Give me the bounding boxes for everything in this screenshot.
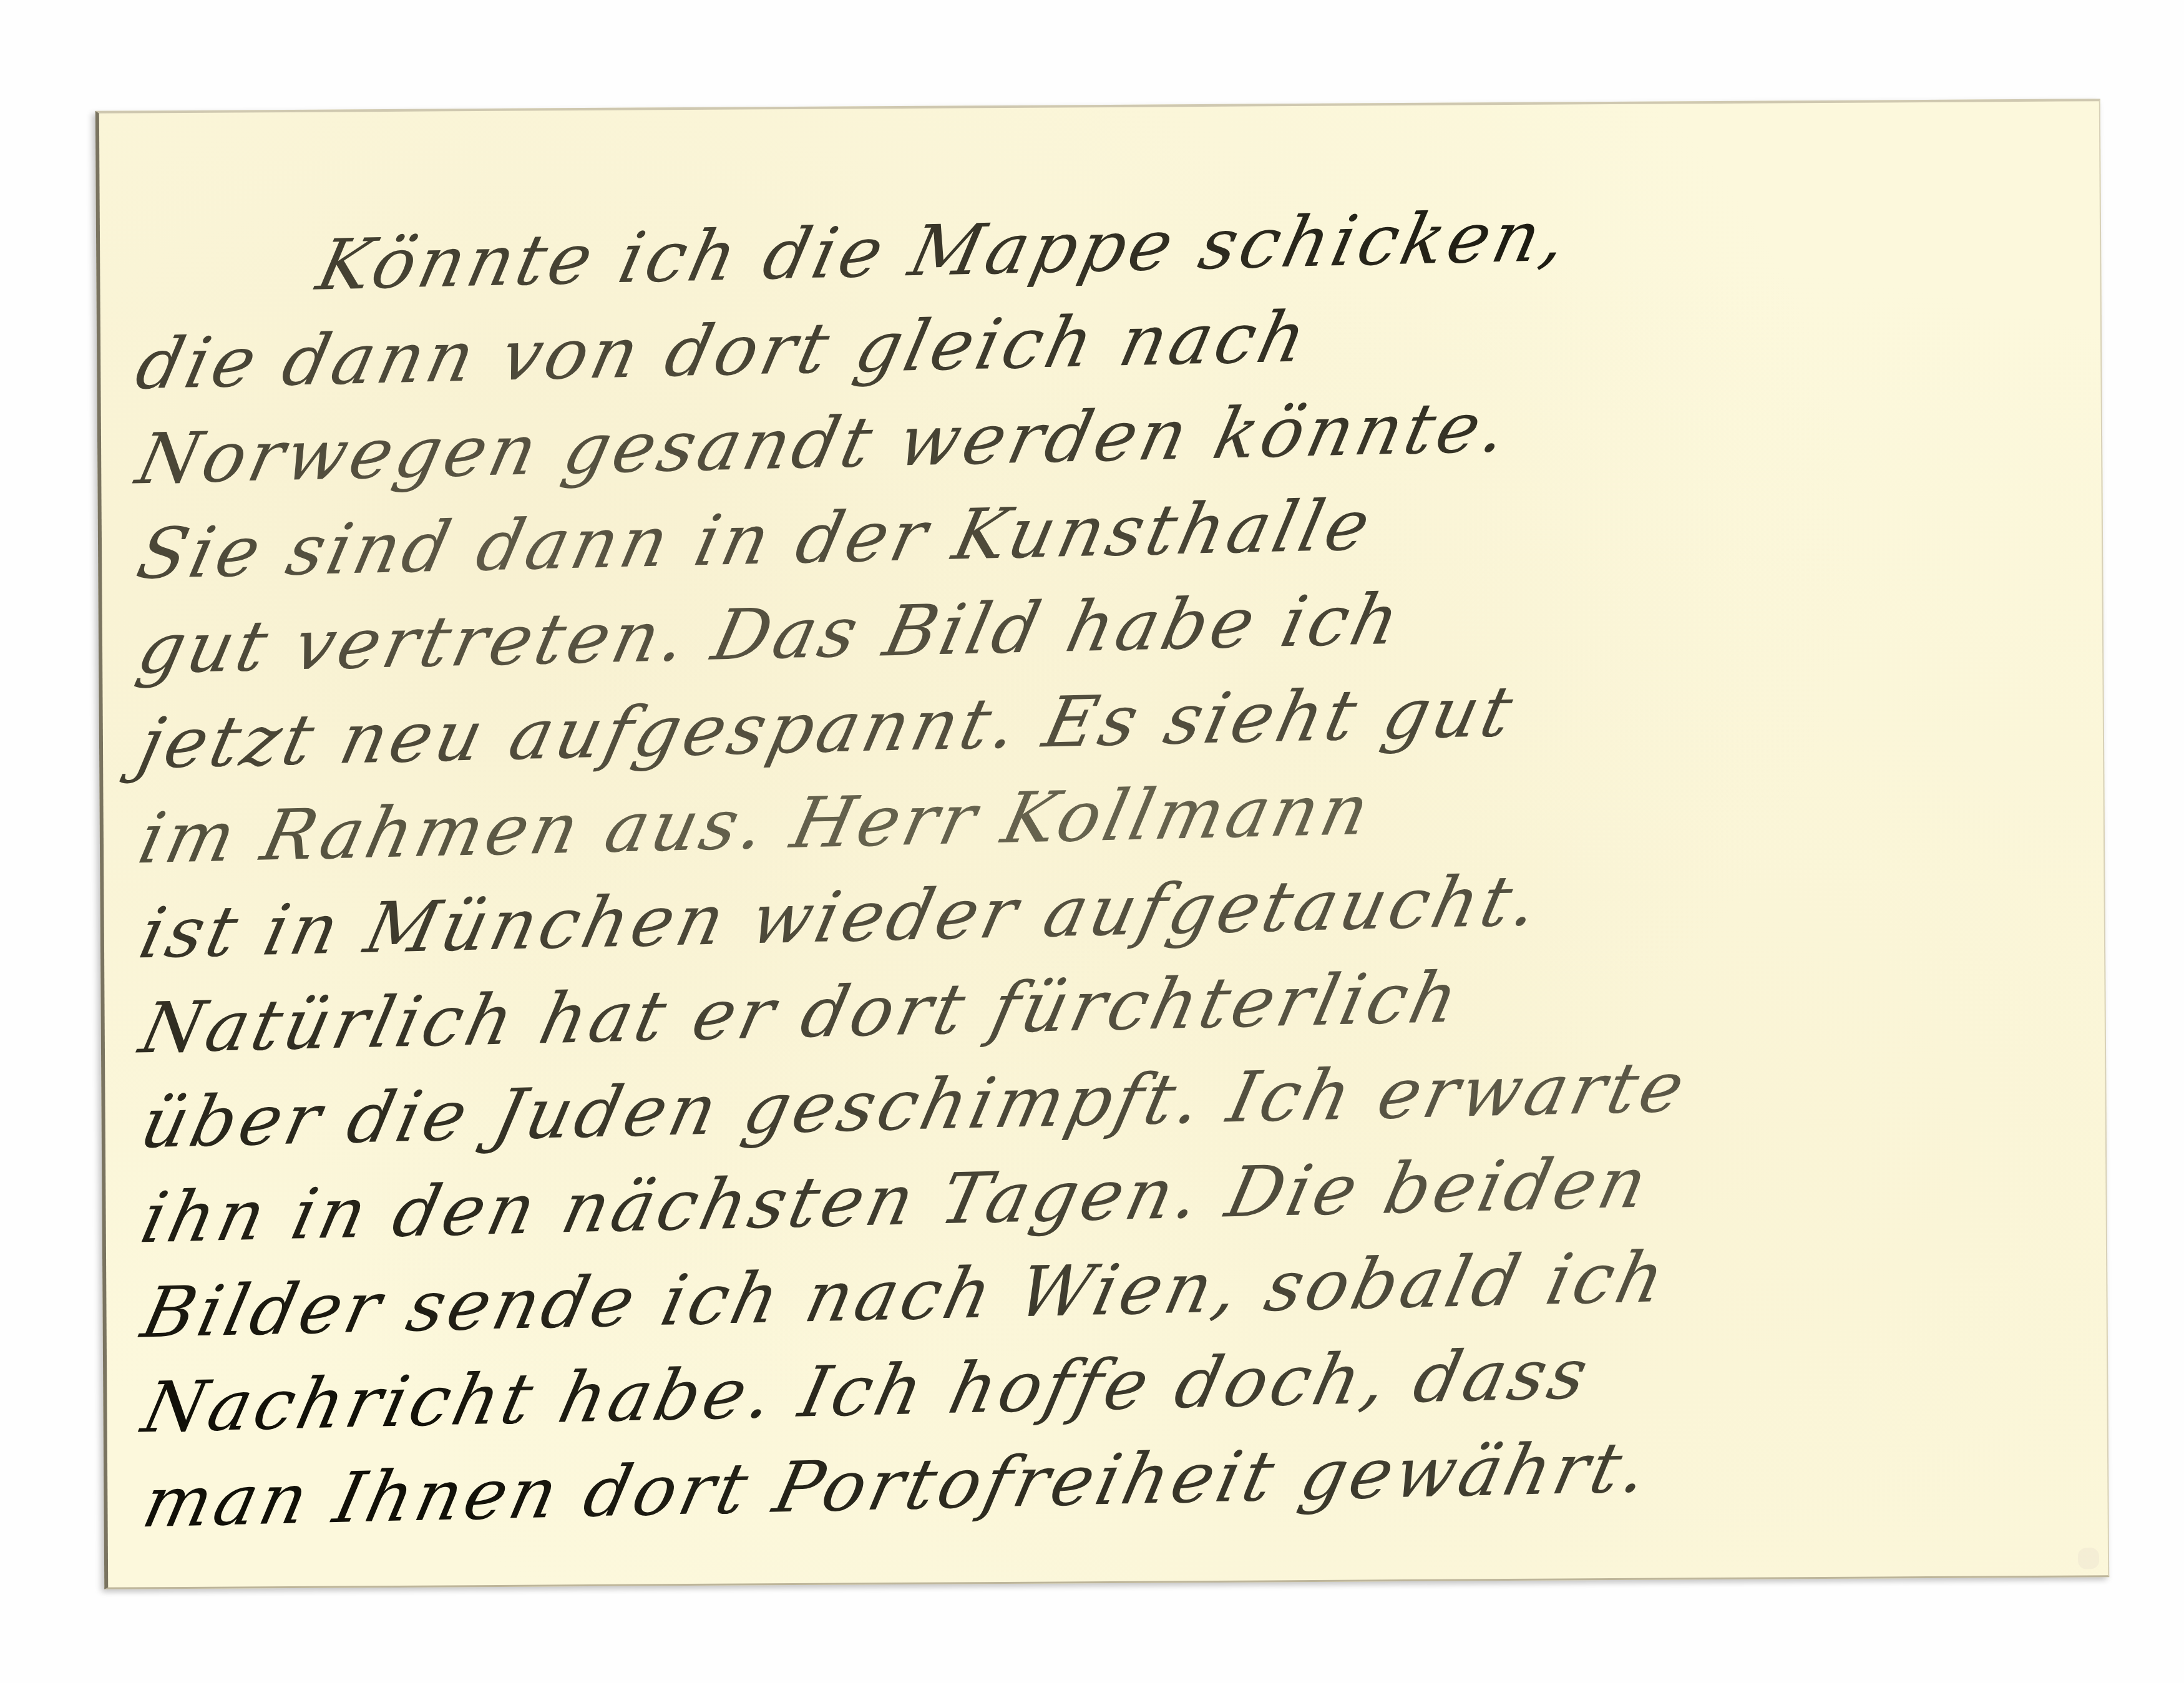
scan-background: Könnte ich die Mappe schicken, die dann … — [0, 0, 2184, 1683]
handwritten-text: Könnte ich die Mappe schicken, die dann … — [137, 210, 2092, 1550]
postcard: Könnte ich die Mappe schicken, die dann … — [95, 99, 2109, 1589]
worn-corner — [2078, 1548, 2099, 1569]
